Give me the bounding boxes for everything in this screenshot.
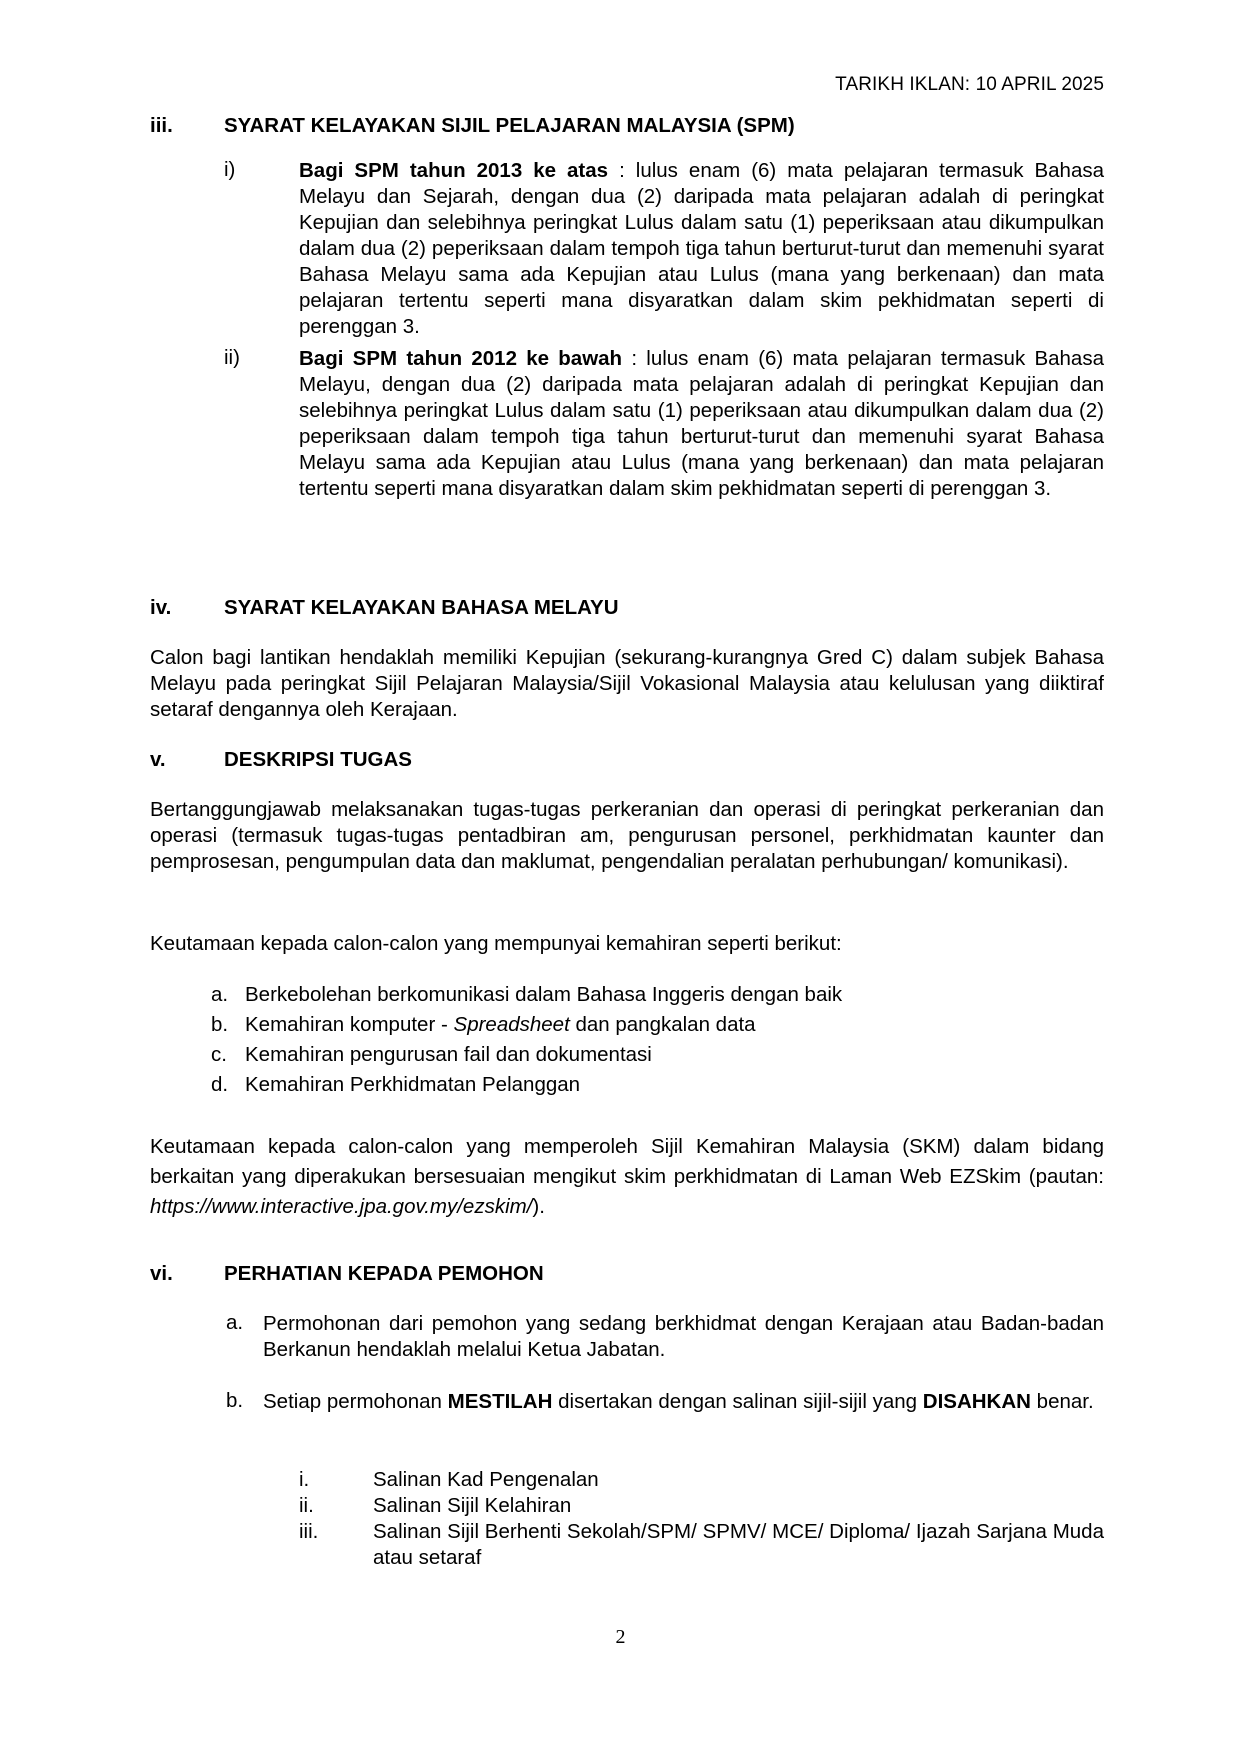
item-bold-lead: Bagi SPM tahun 2012 ke bawah: [299, 347, 622, 370]
note-b: b. Setiap permohonan MESTILAH disertakan…: [226, 1389, 1104, 1415]
ezskim-link[interactable]: https://www.interactive.jpa.gov.my/ezski…: [150, 1195, 532, 1218]
note-a: a. Permohonan dari pemohon yang sedang b…: [226, 1311, 1104, 1363]
item-marker: ii.: [299, 1493, 314, 1519]
spm-requirement-2013: i) Bagi SPM tahun 2013 ke atas : lulus e…: [224, 158, 1104, 340]
section-title: DESKRIPSI TUGAS: [224, 748, 412, 771]
item-text: Salinan Sijil Berhenti Sekolah/SPM/ SPMV…: [373, 1519, 1104, 1571]
item-text: Kemahiran komputer - Spreadsheet dan pan…: [245, 1010, 756, 1040]
section-number: v.: [150, 748, 224, 772]
item-text: Salinan Kad Pengenalan: [373, 1467, 1104, 1493]
section-heading-bahasa: iv.SYARAT KELAYAKAN BAHASA MELAYU: [150, 596, 619, 620]
tugas-paragraph: Bertanggungjawab melaksanakan tugas-tuga…: [150, 797, 1104, 875]
skills-list: a. Berkebolehan berkomunikasi dalam Baha…: [211, 980, 1104, 1100]
list-item: b. Kemahiran komputer - Spreadsheet dan …: [211, 1010, 1104, 1040]
item-marker: i): [224, 158, 235, 182]
section-title: PERHATIAN KEPADA PEMOHON: [224, 1262, 544, 1285]
spm-requirement-2012: ii) Bagi SPM tahun 2012 ke bawah : lulus…: [224, 346, 1104, 502]
note-text-1: Setiap permohonan: [263, 1390, 448, 1413]
skm-paragraph: Keutamaan kepada calon-calon yang memper…: [150, 1132, 1104, 1222]
item-bold-lead: Bagi SPM tahun 2013 ke atas: [299, 159, 608, 182]
note-bold-mestilah: MESTILAH: [448, 1390, 553, 1413]
item-marker: a.: [211, 980, 228, 1010]
section-number: iii.: [150, 114, 224, 138]
note-bold-disahkan: DISAHKAN: [923, 1390, 1031, 1413]
item-marker: d.: [211, 1070, 228, 1100]
section-heading-tugas: v.DESKRIPSI TUGAS: [150, 748, 412, 772]
item-body: Bagi SPM tahun 2012 ke bawah : lulus ena…: [299, 346, 1104, 502]
list-item: ii. Salinan Sijil Kelahiran: [299, 1493, 1104, 1519]
section-title: SYARAT KELAYAKAN BAHASA MELAYU: [224, 596, 619, 619]
note-text-3: benar.: [1031, 1390, 1094, 1413]
item-marker: a.: [226, 1311, 243, 1335]
skm-end: ).: [532, 1195, 545, 1218]
item-body: Bagi SPM tahun 2013 ke atas : lulus enam…: [299, 158, 1104, 340]
item-text: Berkebolehan berkomunikasi dalam Bahasa …: [245, 980, 842, 1010]
item-marker: i.: [299, 1467, 309, 1493]
item-marker: ii): [224, 346, 240, 370]
section-title: SYARAT KELAYAKAN SIJIL PELAJARAN MALAYSI…: [224, 114, 795, 137]
item-marker: b.: [211, 1010, 228, 1040]
note-text-2: disertakan dengan salinan sijil-sijil ya…: [552, 1390, 922, 1413]
document-list: i. Salinan Kad Pengenalan ii. Salinan Si…: [299, 1467, 1104, 1571]
advert-date: TARIKH IKLAN: 10 APRIL 2025: [835, 74, 1104, 96]
item-marker: iii.: [299, 1519, 318, 1545]
note-text: Setiap permohonan MESTILAH disertakan de…: [263, 1389, 1104, 1415]
preference-intro: Keutamaan kepada calon-calon yang mempun…: [150, 931, 1104, 957]
skm-text: Keutamaan kepada calon-calon yang memper…: [150, 1135, 1104, 1188]
item-marker: b.: [226, 1389, 243, 1413]
item-text: Kemahiran Perkhidmatan Pelanggan: [245, 1070, 580, 1100]
item-text-before: Kemahiran komputer -: [245, 1013, 454, 1036]
page-number: 2: [0, 1626, 1241, 1649]
item-text: : lulus enam (6) mata pelajaran termasuk…: [299, 159, 1104, 338]
item-text: Salinan Sijil Kelahiran: [373, 1493, 1104, 1519]
list-item: iii. Salinan Sijil Berhenti Sekolah/SPM/…: [299, 1519, 1104, 1571]
section-number: vi.: [150, 1262, 224, 1286]
section-number: iv.: [150, 596, 224, 620]
item-italic: Spreadsheet: [454, 1013, 570, 1036]
note-text: Permohonan dari pemohon yang sedang berk…: [263, 1311, 1104, 1363]
bahasa-paragraph: Calon bagi lantikan hendaklah memiliki K…: [150, 645, 1104, 723]
item-marker: c.: [211, 1040, 227, 1070]
item-text: Kemahiran pengurusan fail dan dokumentas…: [245, 1040, 652, 1070]
list-item: a. Berkebolehan berkomunikasi dalam Baha…: [211, 980, 1104, 1010]
list-item: d. Kemahiran Perkhidmatan Pelanggan: [211, 1070, 1104, 1100]
item-text-after: dan pangkalan data: [570, 1013, 756, 1036]
list-item: c. Kemahiran pengurusan fail dan dokumen…: [211, 1040, 1104, 1070]
section-heading-spm: iii.SYARAT KELAYAKAN SIJIL PELAJARAN MAL…: [150, 114, 795, 138]
section-heading-perhatian: vi.PERHATIAN KEPADA PEMOHON: [150, 1262, 544, 1286]
list-item: i. Salinan Kad Pengenalan: [299, 1467, 1104, 1493]
